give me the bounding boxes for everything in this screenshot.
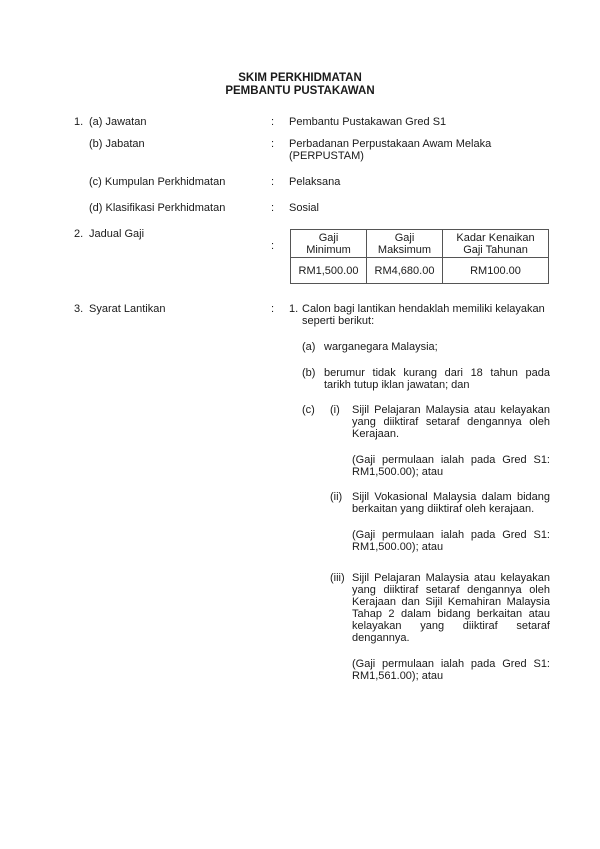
header-gaji-minimum: GajiMinimum [291, 230, 367, 258]
value-gaji-maksimum: RM4,680.00 [367, 258, 443, 284]
colon: : [271, 303, 274, 316]
colon: : [271, 240, 274, 253]
value-kumpulan: Pelaksana [289, 176, 340, 189]
intro-number: 1. [289, 303, 298, 316]
marker-b: (b) [302, 367, 315, 380]
c-ii-line2: berkaitan yang diiktiraf oleh kerajaan. [352, 503, 534, 516]
c-i-line3: Kerajaan. [352, 428, 399, 441]
document-title-line1: SKIM PERKHIDMATAN [0, 72, 600, 85]
label-syarat-lantikan: Syarat Lantikan [89, 303, 165, 316]
header-gaji-maksimum: GajiMaksimum [367, 230, 443, 258]
intro-line2: seperti berikut: [302, 315, 374, 328]
section3-number: 3. [74, 303, 83, 316]
value-jabatan-line2: (PERPUSTAM) [289, 150, 364, 163]
label-jawatan: (a) Jawatan [89, 116, 146, 129]
colon: : [271, 202, 274, 215]
section1-number: 1. [74, 116, 83, 129]
colon: : [271, 116, 274, 129]
salary-table: GajiMinimum GajiMaksimum Kadar KenaikanG… [290, 229, 549, 284]
marker-c: (c) [302, 404, 315, 417]
document-title-line2: PEMBANTU PUSTAKAWAN [0, 85, 600, 98]
label-klasifikasi: (d) Klasifikasi Perkhidmatan [89, 202, 225, 215]
marker-c-i: (i) [330, 404, 340, 417]
value-kadar-kenaikan: RM100.00 [443, 258, 549, 284]
section2-number: 2. [74, 228, 83, 241]
c-i-note-line2: RM1,500.00); atau [352, 466, 443, 479]
c-ii-note-line2: RM1,500.00); atau [352, 541, 443, 554]
label-jabatan: (b) Jabatan [89, 138, 145, 151]
requirement-a: warganegara Malaysia; [324, 341, 438, 354]
value-klasifikasi: Sosial [289, 202, 319, 215]
c-iii-note-line2: RM1,561.00); atau [352, 670, 443, 683]
value-jawatan: Pembantu Pustakawan Gred S1 [289, 116, 446, 129]
label-jadual-gaji: Jadual Gaji [89, 228, 144, 241]
requirement-b-line2: tarikh tutup iklan jawatan; dan [324, 379, 470, 392]
colon: : [271, 176, 274, 189]
header-kadar-kenaikan: Kadar KenaikanGaji Tahunan [443, 230, 549, 258]
c-iii-line6: dengannya. [352, 632, 410, 645]
label-kumpulan: (c) Kumpulan Perkhidmatan [89, 176, 225, 189]
value-gaji-minimum: RM1,500.00 [291, 258, 367, 284]
marker-c-ii: (ii) [330, 491, 342, 504]
marker-c-iii: (iii) [330, 572, 345, 585]
marker-a: (a) [302, 341, 315, 354]
colon: : [271, 138, 274, 151]
